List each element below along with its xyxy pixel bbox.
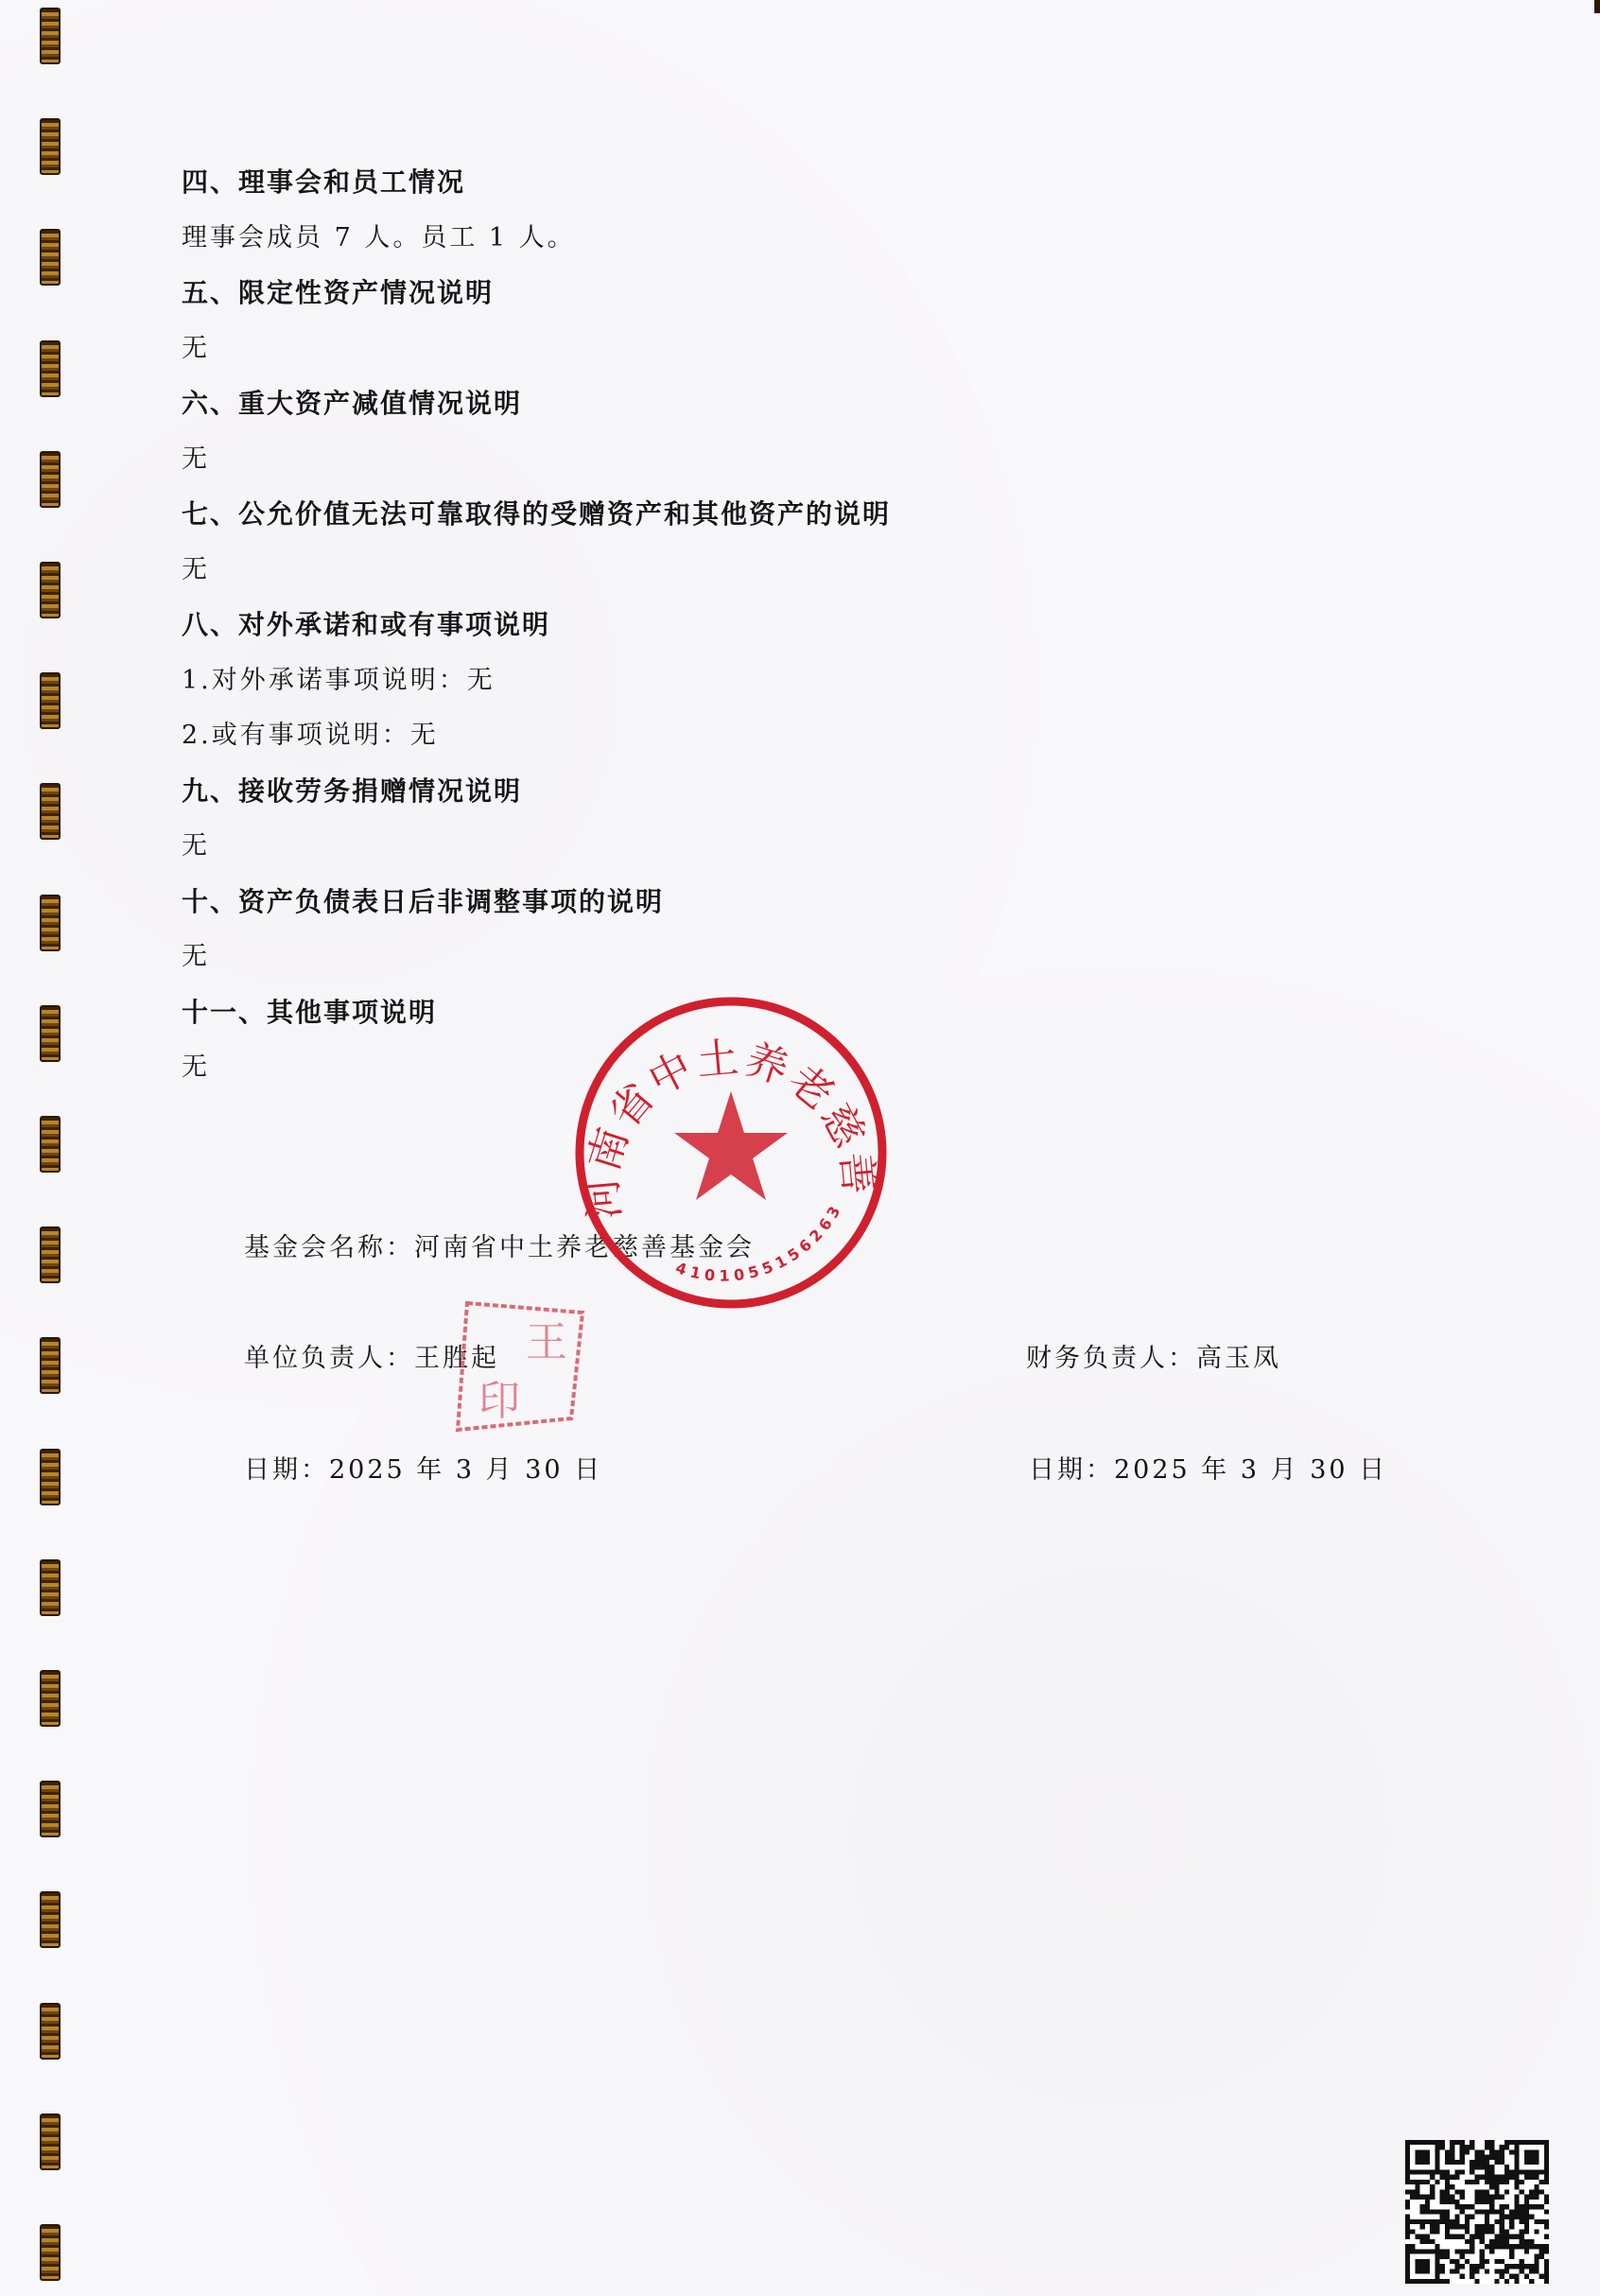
section-heading: 十、资产负债表日后非调整事项的说明 [182, 886, 664, 918]
binding-hole [40, 783, 61, 840]
section-text: 无 [182, 1052, 210, 1084]
binding-hole [40, 2003, 61, 2060]
binding-hole [40, 1116, 61, 1173]
date-right: 日期：2025 年 3 月 30 日 [1029, 1454, 1387, 1487]
section-heading: 六、重大资产减值情况说明 [182, 388, 522, 420]
section-text: 理事会成员 7 人。员工 1 人。 [182, 222, 576, 254]
section-text: 无 [182, 941, 210, 973]
qr-code [1405, 2140, 1549, 2284]
section-text: 1.对外承诺事项说明：无 [182, 665, 496, 697]
binding-hole [40, 118, 61, 175]
official-seal: 河南省中土养老慈善基金会 4101055156263 [567, 989, 895, 1316]
section-text: 2.或有事项说明：无 [182, 720, 439, 752]
binding-hole [40, 1226, 61, 1283]
svg-text:王: 王 [526, 1318, 567, 1366]
binding-hole [40, 451, 61, 508]
binding-hole [40, 1781, 61, 1837]
svg-text:印: 印 [478, 1377, 520, 1425]
binding-hole [40, 1337, 61, 1394]
section-text: 无 [182, 333, 210, 365]
corner-mark [1594, 0, 1600, 13]
date-left: 日期：2025 年 3 月 30 日 [244, 1454, 602, 1487]
binding-hole [40, 2113, 61, 2170]
binding-hole [40, 1891, 61, 1948]
binding-hole [40, 1005, 61, 1062]
binding-hole [40, 672, 61, 729]
binding-hole [40, 1670, 61, 1727]
section-heading: 九、接收劳务捐赠情况说明 [182, 775, 522, 808]
binding-hole [40, 1449, 61, 1505]
section-text: 无 [182, 554, 210, 586]
binding-hole [40, 895, 61, 951]
section-text: 无 [182, 830, 210, 862]
binding-hole [40, 1559, 61, 1616]
section-heading: 八、对外承诺和或有事项说明 [182, 609, 550, 641]
section-heading: 五、限定性资产情况说明 [182, 277, 494, 309]
binding-hole [40, 562, 61, 618]
binding-strip [40, 0, 62, 2296]
personal-seal: 王印 [450, 1297, 594, 1437]
section-heading: 十一、其他事项说明 [182, 997, 437, 1029]
section-heading: 七、公允价值无法可靠取得的受赠资产和其他资产的说明 [182, 498, 891, 531]
svg-text:河南省中土养老慈善基金会: 河南省中土养老慈善基金会 [567, 989, 883, 1222]
section-text: 无 [182, 444, 210, 476]
binding-hole [40, 8, 61, 64]
section-heading: 四、理事会和员工情况 [182, 166, 465, 199]
binding-hole [40, 2224, 61, 2281]
binding-hole [40, 229, 61, 286]
finance-head: 财务负责人：高玉凤 [1026, 1343, 1281, 1375]
binding-hole [40, 340, 61, 397]
